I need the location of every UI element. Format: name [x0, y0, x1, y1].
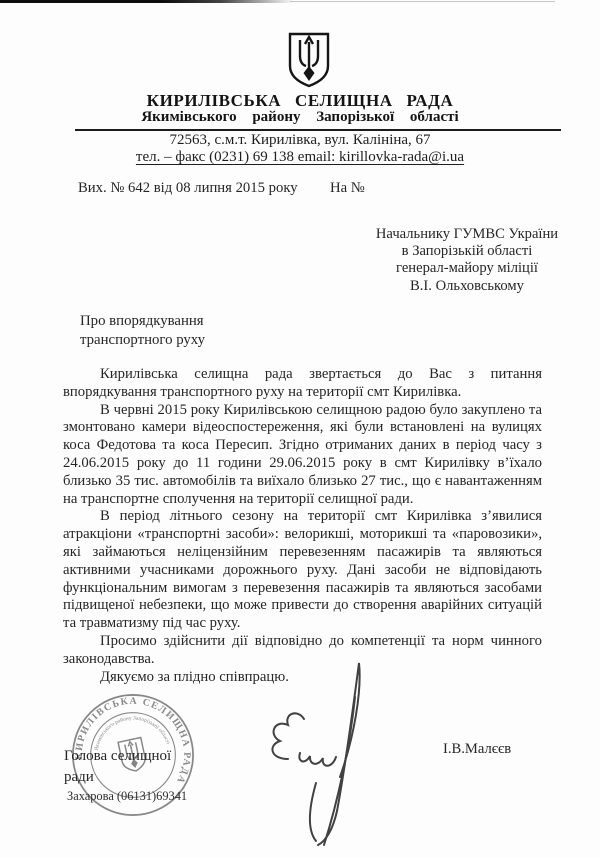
subject-line: Про впорядкування	[80, 312, 205, 331]
body-paragraph: В червні 2015 року Кирилівською селищною…	[63, 402, 542, 509]
addressee-line: Начальнику ГУМВС України	[358, 226, 576, 243]
letter-page: КИРИЛІВСЬКА СЕЛИЩНА РАДА Якимівського ра…	[0, 0, 600, 857]
scan-edge-artifact	[0, 0, 295, 3]
executor-contact: Захарова (06131)69341	[67, 789, 187, 804]
body-paragraph: Кирилівська селищна рада звертається до …	[63, 366, 542, 402]
addressee-block: Начальнику ГУМВС України в Запорізькій о…	[358, 226, 576, 295]
letterhead-divider	[75, 129, 561, 131]
scan-edge-artifact-thin	[290, 1, 555, 2]
addressee-line: в Запорізькій області	[358, 243, 576, 260]
coat-of-arms-trident-icon	[287, 32, 331, 90]
signer-name: І.В.Малєєв	[443, 741, 511, 758]
subject-line: транспортного руху	[80, 331, 205, 350]
postal-address: 72563, с.м.т. Кирилівка, вул. Калініна, …	[0, 132, 600, 149]
addressee-line: В.І. Ольховському	[358, 278, 576, 295]
subject-block: Про впорядкування транспортного руху	[80, 312, 205, 350]
reply-to-label: На №	[330, 180, 365, 197]
outgoing-number: Вих. № 642 від 08 липня 2015 року	[78, 180, 298, 197]
contact-line-text: тел. – факс (0231) 69 138 email: kirillo…	[136, 149, 464, 165]
contact-line: тел. – факс (0231) 69 138 email: kirillo…	[0, 149, 600, 166]
addressee-line: генерал-майору міліції	[358, 260, 576, 277]
letter-body: Кирилівська селищна рада звертається до …	[63, 366, 542, 686]
signer-title-line: ради	[64, 767, 171, 788]
handwritten-signature	[258, 659, 398, 849]
signer-title: Голова селищної ради	[64, 746, 171, 788]
district-line: Якимівського району Запорізької області	[0, 109, 600, 126]
body-paragraph: В період літнього сезону на території см…	[63, 508, 542, 633]
signer-title-line: Голова селищної	[64, 746, 171, 767]
organization-name: КИРИЛІВСЬКА СЕЛИЩНА РАДА	[0, 91, 600, 111]
